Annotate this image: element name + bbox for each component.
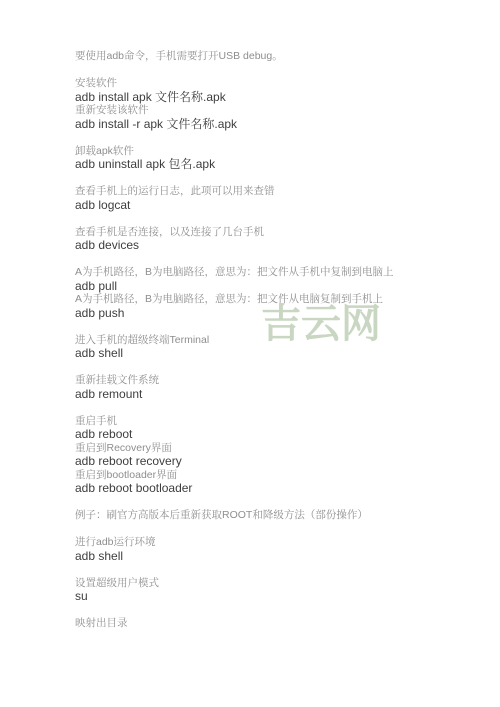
paragraph: 重启手机adb reboot重启到Recovery界面adb reboot re…: [75, 415, 490, 496]
paragraph: 查看手机是否连接，以及连接了几台手机adb devices: [75, 226, 490, 253]
paragraph: 进行adb运行环境adb shell: [75, 536, 490, 563]
command-line: adb shell: [75, 550, 490, 564]
paragraph: 设置超级用户模式su: [75, 577, 490, 604]
description-line: 重新安装该软件: [75, 104, 490, 118]
paragraph: 要使用adb命令，手机需要打开USB debug。: [75, 50, 490, 64]
command-line: adb uninstall apk 包名.apk: [75, 158, 490, 172]
description-line: 进入手机的超级终端Terminal: [75, 334, 490, 348]
description-line: 安装软件: [75, 77, 490, 91]
command-line: adb devices: [75, 239, 490, 253]
description-line: 要使用adb命令，手机需要打开USB debug。: [75, 50, 490, 64]
command-line: adb reboot recovery: [75, 455, 490, 469]
paragraph: 查看手机上的运行日志，此项可以用来查错adb logcat: [75, 185, 490, 212]
paragraph: 映射出目录: [75, 617, 490, 631]
description-line: 查看手机是否连接，以及连接了几台手机: [75, 226, 490, 240]
paragraph: 卸载apk软件adb uninstall apk 包名.apk: [75, 145, 490, 172]
command-line: adb pull: [75, 280, 490, 294]
description-line: 例子：刷官方高版本后重新获取ROOT和降级方法（部份操作）: [75, 509, 490, 523]
command-line: adb reboot: [75, 428, 490, 442]
description-line: 重启到bootloader界面: [75, 469, 490, 483]
description-line: 卸载apk软件: [75, 145, 490, 159]
paragraph: 进入手机的超级终端Terminaladb shell: [75, 334, 490, 361]
description-line: 重启手机: [75, 415, 490, 429]
description-line: 查看手机上的运行日志，此项可以用来查错: [75, 185, 490, 199]
command-line: adb reboot bootloader: [75, 482, 490, 496]
command-line: adb logcat: [75, 199, 490, 213]
paragraph: 例子：刷官方高版本后重新获取ROOT和降级方法（部份操作）: [75, 509, 490, 523]
description-line: 设置超级用户模式: [75, 577, 490, 591]
command-line: adb remount: [75, 388, 490, 402]
command-line: adb install -r apk 文件名称.apk: [75, 118, 490, 132]
paragraph: A为手机路径，B为电脑路径，意思为：把文件从手机中复制到电脑上adb pullA…: [75, 266, 490, 320]
description-line: A为手机路径，B为电脑路径，意思为：把文件从手机中复制到电脑上: [75, 266, 490, 280]
description-line: 重新挂载文件系统: [75, 374, 490, 388]
paragraph: 重新挂载文件系统adb remount: [75, 374, 490, 401]
command-line: su: [75, 590, 490, 604]
description-line: 进行adb运行环境: [75, 536, 490, 550]
description-line: 映射出目录: [75, 617, 490, 631]
description-line: 重启到Recovery界面: [75, 442, 490, 456]
command-line: adb push: [75, 307, 490, 321]
description-line: A为手机路径，B为电脑路径，意思为：把文件从电脑复制到手机上: [75, 293, 490, 307]
document-body: 要使用adb命令，手机需要打开USB debug。安装软件adb install…: [75, 50, 490, 644]
document-page: 要使用adb命令，手机需要打开USB debug。安装软件adb install…: [0, 0, 500, 707]
command-line: adb install apk 文件名称.apk: [75, 91, 490, 105]
paragraph: 安装软件adb install apk 文件名称.apk重新安装该软件adb i…: [75, 77, 490, 131]
command-line: adb shell: [75, 347, 490, 361]
